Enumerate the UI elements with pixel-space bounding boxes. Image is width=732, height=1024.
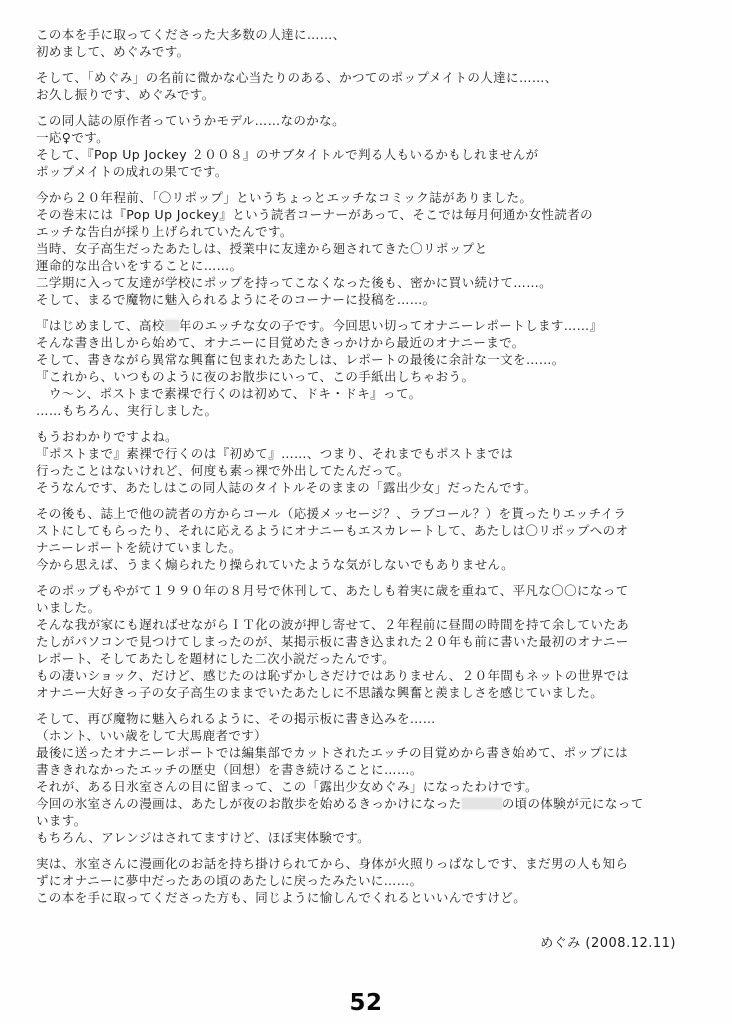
text-line: この本を手に取ってくださった大多数の人達に……、: [36, 26, 704, 43]
text-line: そして、『Pop Up Jockey ２００８』のサブタイトルで判る人もいるかも…: [36, 146, 704, 163]
text-line: そんな我が家にも遅ればせながらＩＴ化の波が押し寄せて、２年程前に昼間の時間を持て…: [36, 616, 704, 633]
text-line: その後も、誌上で他の読者の方からコール（応援メッセージ？、ラブコール？）を貰った…: [36, 505, 704, 522]
text-line: その巻末には『Pop Up Jockey』という読者コーナーがあって、そこでは毎…: [36, 206, 704, 223]
text-line: そして、書きながら異常な興奮に包まれたあたしは、レポートの最後に余計な一文を………: [36, 351, 704, 368]
text-line: 初めまして、めぐみです。: [36, 43, 704, 60]
text-line: ……もちろん、実行しました。: [36, 402, 704, 419]
text-line: 二学期に入って友達が学校にポップを持ってこなくなった後も、密かに買い続けて……。: [36, 274, 704, 291]
text-line: いました。: [36, 599, 704, 616]
text-line: ウ～ン、ポストまで素裸で行くのは初めて、ドキ・ドキ』って。: [36, 385, 704, 402]
text-line: 一応♀です。: [36, 129, 704, 146]
text-line: ポップメイトの成れの果てです。: [36, 163, 704, 180]
text-line: もの凄いショック、だけど、感じたのは恥ずかしさだけではありません、２０年間もネッ…: [36, 667, 704, 684]
text-line: 行ったことはないけれど、何度も素っ裸で外出してたんだって。: [36, 462, 704, 479]
text-line: もちろん、アレンジはされてますけど、ほぼ実体験です。: [36, 829, 704, 846]
text-line: ストにしてもらったり、それに応えるようにオナニーもエスカレートして、あたしは〇リ…: [36, 522, 704, 539]
text-line: そうなんです、あたしはこの同人誌のタイトルそのままの「露出少女」だったんです。: [36, 479, 704, 496]
text-line: それが、ある日氷室さんの目に留まって、この「露出少女めぐみ」になったわけです。: [36, 778, 704, 795]
text-line: 運命的な出合いをすることに……。: [36, 257, 704, 274]
text-line: レポート、そしてあたしを題材にした二次小説だったんです。: [36, 650, 704, 667]
paragraph: この本を手に取ってくださった大多数の人達に……、初めまして、めぐみです。: [36, 26, 704, 60]
text-line: （ホント、いい歳をして大馬鹿者です）: [36, 727, 704, 744]
text-line: 当時、女子高生だったあたしは、授業中に友達から廻されてきた〇リポップと: [36, 240, 704, 257]
text-line: ナニーレポートを続けていました。: [36, 539, 704, 556]
text-line: 最後に送ったオナニーレポートでは編集部でカットされたエッチの目覚めから書き始めて…: [36, 744, 704, 761]
text-line: 今回の氷室さんの漫画は、あたしが夜のお散歩を始めるきっかけになったの頃の体験が元…: [36, 795, 704, 812]
text-line: そんな書き出しから始めて、オナニーに目覚めたきっかけから最近のオナニーまで。: [36, 334, 704, 351]
paragraph: そのポップもやがて１９９０年の８月号で休刊して、あたしも着実に歳を重ねて、平凡な…: [36, 582, 704, 701]
text-line: そして、再び魔物に魅入られるように、その掲示板に書き込みを……: [36, 710, 704, 727]
paragraph: もうおわかりですよね。『ポストまで』素裸で行くのは『初めて』……、つまり、それま…: [36, 428, 704, 496]
paragraph: そして、再び魔物に魅入られるように、その掲示板に書き込みを……（ホント、いい歳を…: [36, 710, 704, 846]
text-line: 書ききれなかったエッチの歴史（回想）を書き続けることに……。: [36, 761, 704, 778]
page-number: 52: [0, 990, 732, 1016]
text-line: 『これから、いつものように夜のお散歩にいって、この手紙出しちゃおう。: [36, 368, 704, 385]
text-line: 『はじめまして、高校年のエッチな女の子です。今回思い切ってオナニーレポートします…: [36, 317, 704, 334]
text-line: 『ポストまで』素裸で行くのは『初めて』……、つまり、それまでもポストまでは: [36, 445, 704, 462]
censor-box: [462, 798, 502, 809]
document-page: この本を手に取ってくださった大多数の人達に……、初めまして、めぐみです。そして、…: [0, 0, 732, 1024]
text-line: たしがパソコンで見つけてしまったのが、某掲示板に書き込まれた２０年も前に書いた最…: [36, 633, 704, 650]
text-line: お久し振りです、めぐみです。: [36, 86, 704, 103]
text-line: 実は、氷室さんに漫画化のお話を持ち掛けられてから、身体が火照りっぱなしです、まだ…: [36, 855, 704, 872]
afterword-text: この本を手に取ってくださった大多数の人達に……、初めまして、めぐみです。そして、…: [36, 26, 704, 906]
paragraph: その後も、誌上で他の読者の方からコール（応援メッセージ？、ラブコール？）を貰った…: [36, 505, 704, 573]
paragraph: この同人誌の原作者っていうかモデル……なのかな。一応♀です。そして、『Pop U…: [36, 112, 704, 180]
text-line: そのポップもやがて１９９０年の８月号で休刊して、あたしも着実に歳を重ねて、平凡な…: [36, 582, 704, 599]
signature: めぐみ (2008.12.11): [36, 932, 704, 951]
text-line: ずにオナニーに夢中だったあの頃のあたしに戻ったみたいに……。: [36, 872, 704, 889]
paragraph: 今から２０年程前、「〇リポップ」というちょっとエッチなコミック誌がありました。そ…: [36, 189, 704, 308]
paragraph: 実は、氷室さんに漫画化のお話を持ち掛けられてから、身体が火照りっぱなしです、まだ…: [36, 855, 704, 906]
text-line: もうおわかりですよね。: [36, 428, 704, 445]
text-line: そして、「めぐみ」の名前に微かな心当たりのある、かつてのポップメイトの人達に………: [36, 69, 704, 86]
text-line: エッチな告白が採り上げられていたんです。: [36, 223, 704, 240]
text-line: そして、まるで魔物に魅入られるようにそのコーナーに投稿を……。: [36, 291, 704, 308]
paragraph: 『はじめまして、高校年のエッチな女の子です。今回思い切ってオナニーレポートします…: [36, 317, 704, 419]
text-line: オナニー大好きっ子の女子高生のままでいたあたしに不思議な興奮と羨ましさを感じてい…: [36, 684, 704, 701]
text-line: この本を手に取ってくださった方も、同じように愉しんでくれるといいんですけど。: [36, 889, 704, 906]
paragraph: そして、「めぐみ」の名前に微かな心当たりのある、かつてのポップメイトの人達に………: [36, 69, 704, 103]
text-line: います。: [36, 812, 704, 829]
censor-box: [165, 320, 179, 331]
text-line: 今から２０年程前、「〇リポップ」というちょっとエッチなコミック誌がありました。: [36, 189, 704, 206]
text-line: この同人誌の原作者っていうかモデル……なのかな。: [36, 112, 704, 129]
text-line: 今から思えば、うまく煽られたり操られていたような気がしないでもありません。: [36, 556, 704, 573]
